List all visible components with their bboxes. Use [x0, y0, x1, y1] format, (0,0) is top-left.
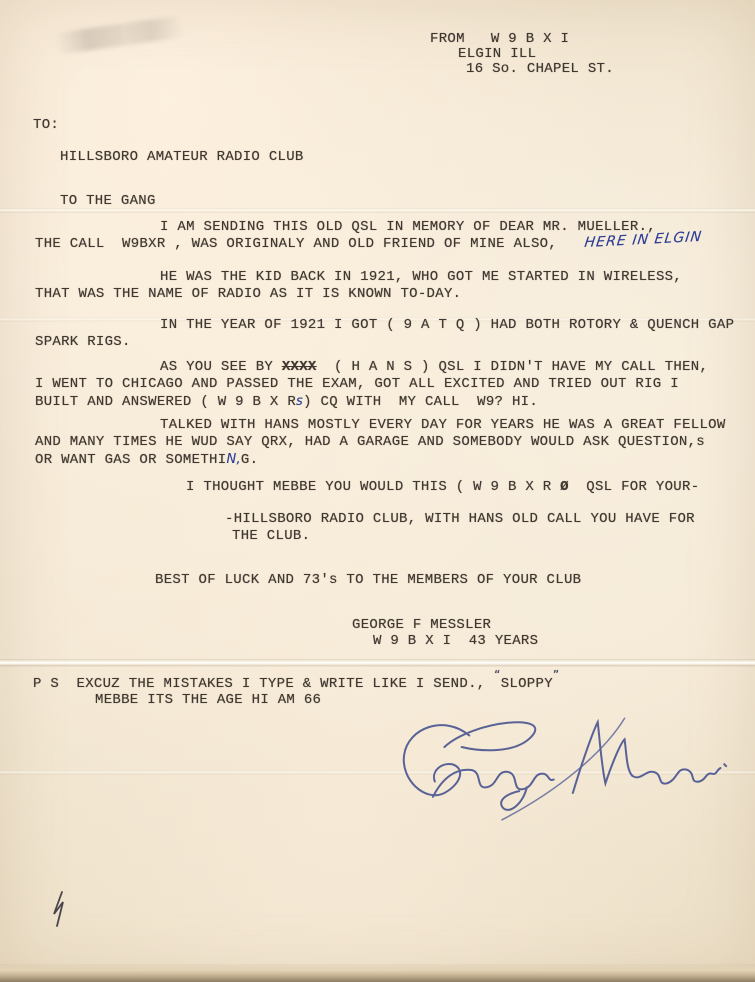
para5-line1: TALKED WITH HANS MOSTLY EVERY DAY FOR YE… [160, 417, 726, 434]
scanned-letter-page: FROM W 9 B X I ELGIN ILL 16 So. CHAPEL S… [0, 0, 755, 982]
closing-line: BEST OF LUCK AND 73's TO THE MEMBERS OF … [155, 572, 581, 589]
struck-zero-symbol: Ø [560, 479, 569, 495]
blue-pen-correction-ng: N, [226, 452, 240, 467]
para5-line3-post: G. [241, 452, 258, 468]
para5-line3-pre: OR WANT GAS OR SOMETHI [35, 452, 226, 468]
typed-signature-callsign: W 9 B X I 43 YEARS [373, 633, 538, 650]
para1-line2: THE CALL W9BXR , WAS ORIGINALY AND OLD F… [35, 236, 557, 253]
para7-line2: THE CLUB. [232, 528, 310, 545]
para4-line1-pre: AS YOU SEE BY [160, 359, 282, 375]
signature-ink-strokes [385, 710, 730, 830]
para4-line3-pre: BUILT AND ANSWERED ( W 9 B X R [35, 394, 296, 410]
handwritten-signature [385, 710, 730, 830]
para6-line1: I THOUGHT MEBBE YOU WOULD THIS ( W 9 B X… [186, 479, 699, 496]
ps-line2: MEBBE ITS THE AGE HI AM 66 [95, 692, 321, 709]
para5-line3: OR WANT GAS OR SOMETHIN,G. [35, 451, 258, 469]
para2-line2: THAT WAS THE NAME OF RADIO AS IT IS KNOW… [35, 286, 461, 303]
ps-line1-quoted: SLOPPY [501, 676, 553, 692]
para6-line1-post: QSL FOR YOUR- [569, 479, 700, 495]
from-street: 16 So. CHAPEL ST. [466, 61, 614, 78]
para6-line1-pre: I THOUGHT MEBBE YOU WOULD THIS ( W 9 B X… [186, 479, 560, 495]
to-label: TO: [33, 117, 59, 134]
para7-line1: -HILLSBORO RADIO CLUB, WITH HANS OLD CAL… [225, 511, 695, 528]
handwritten-close-quote: ” [553, 668, 560, 682]
salutation-line: TO THE GANG [60, 193, 156, 210]
ps-line1: P S EXCUZ THE MISTAKES I TYPE & WRITE LI… [33, 675, 559, 693]
ps-line1-pre: P S EXCUZ THE MISTAKES I TYPE & WRITE LI… [33, 676, 494, 692]
para2-line1: HE WAS THE KID BACK IN 1921, WHO GOT ME … [160, 269, 682, 286]
para4-line1-post: ( H A N S ) QSL I DIDN'T HAVE MY CALL TH… [317, 359, 709, 375]
para3-line1: IN THE YEAR OF 1921 I GOT ( 9 A T Q ) HA… [160, 317, 734, 334]
ink-check-mark [48, 888, 76, 932]
para4-line1: AS YOU SEE BY XXXX ( H A N S ) QSL I DID… [160, 359, 708, 376]
page-bottom-edge [0, 964, 755, 982]
para3-line2: SPARK RIGS. [35, 334, 131, 351]
fold-crease-lower [0, 659, 755, 667]
erased-pencil-smudge [54, 15, 186, 55]
para4-line3: BUILT AND ANSWERED ( W 9 B X Rs) CQ WITH… [35, 393, 538, 411]
check-mark-strokes [48, 888, 76, 932]
para4-line3-post: ) CQ WITH MY CALL W9? HI. [303, 394, 538, 410]
para4-line2: I WENT TO CHICAGO AND PASSED THE EXAM, G… [35, 376, 679, 393]
typed-signature-name: GEORGE F MESSLER [352, 617, 491, 634]
handwritten-open-quote: “ [494, 668, 501, 682]
para1-line1: I AM SENDING THIS OLD QSL IN MEMORY OF D… [160, 219, 656, 236]
para5-line2: AND MANY TIMES HE WUD SAY QRX, HAD A GAR… [35, 434, 705, 451]
typed-over-strikeout: XXXX [282, 359, 317, 375]
recipient-line: HILLSBORO AMATEUR RADIO CLUB [60, 149, 304, 166]
